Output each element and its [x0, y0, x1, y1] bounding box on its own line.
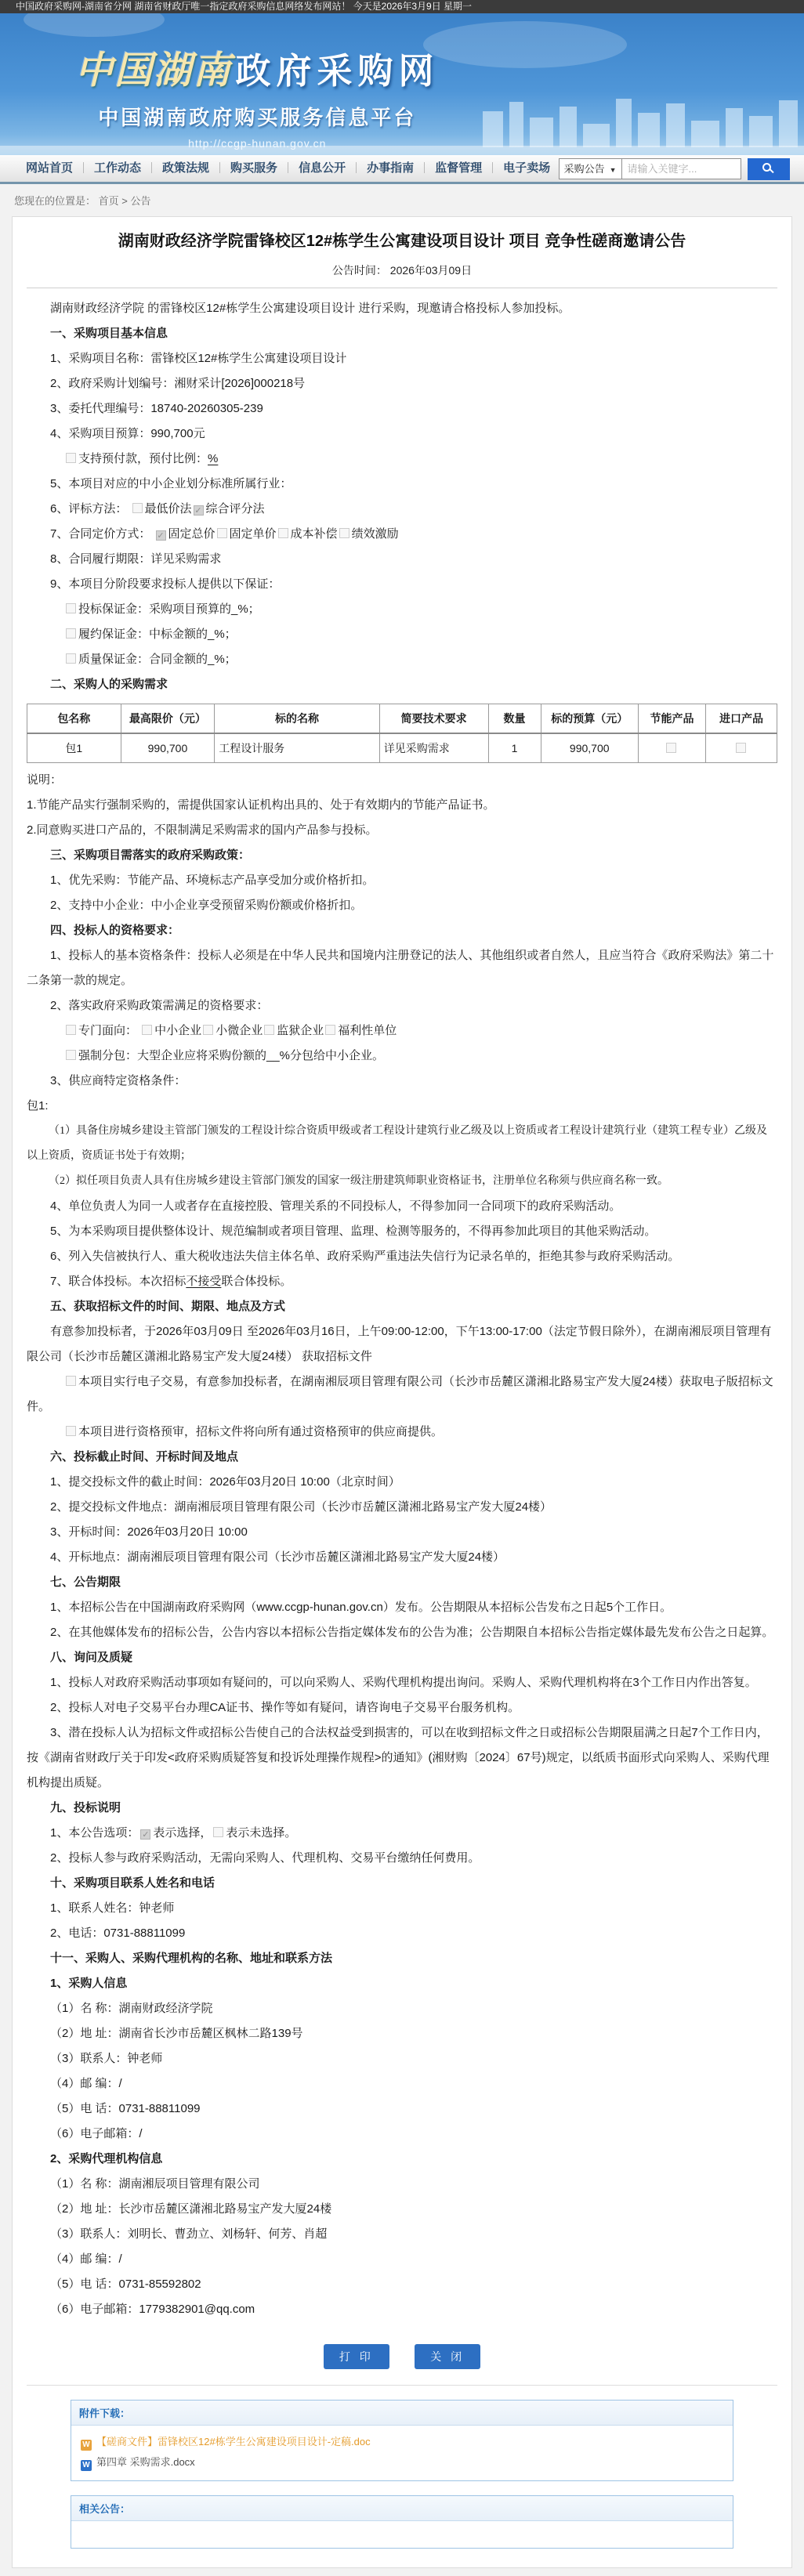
breadcrumb-current[interactable]: 公告	[131, 195, 151, 207]
table-header-cell: 数量	[488, 704, 541, 734]
paragraph: 2、在其他媒体发布的招标公告，公告内容以本招标公告指定媒体发布的公告为准；公告期…	[27, 1620, 777, 1645]
action-bar: 打 印 关 闭	[27, 2344, 777, 2386]
nav-item[interactable]: 办事指南	[357, 155, 424, 182]
paragraph: 3、委托代理编号：18740-20260305-239	[27, 396, 777, 421]
nav-item[interactable]: 监督管理	[425, 155, 492, 182]
section-heading: 十一、采购人、采购代理机构的名称、地址和联系方法	[27, 1946, 777, 1971]
section-heading: 2、采购代理机构信息	[27, 2147, 777, 2172]
section-heading: 1、采购人信息	[27, 1971, 777, 1996]
breadcrumb-home-link[interactable]: 首页	[99, 195, 119, 207]
table-header-cell: 简要技术要求	[379, 704, 488, 734]
building-shape	[638, 113, 660, 147]
publish-date: 公告时间： 2026年03月09日	[27, 262, 777, 288]
magnifier-icon	[762, 163, 771, 172]
paragraph: 4、单位负责人为同一人或者存在直接控股、管理关系的不同投标人，不得参加同一合同项…	[27, 1194, 777, 1219]
paragraph: （4）邮 编：/	[27, 2247, 777, 2272]
paragraph: 2.同意购买进口产品的，不限制满足采购需求的国内产品参与投标。	[27, 818, 777, 843]
site-logo: 中国湖南 政府采购网 中国湖南政府购买服务信息平台 http://ccgp-hu…	[75, 40, 439, 150]
topbar-text: 中国政府采购网-湖南省分网 湖南省财政厅唯一指定政府采购信息网络发布网站！ 今天…	[16, 1, 472, 12]
table-header-cell: 标的预算（元）	[541, 704, 638, 734]
section-heading: 八、询问及质疑	[27, 1645, 777, 1670]
paragraph: 2、投标人参与政府采购活动，无需向采购人、代理机构、交易平台缴纳任何费用。	[27, 1846, 777, 1871]
checkbox-unchecked	[132, 503, 143, 513]
word-doc-icon: W	[81, 2440, 92, 2451]
print-button[interactable]: 打 印	[324, 2344, 389, 2369]
checkbox-checked: ✓	[140, 1829, 150, 1840]
section-heading: 七、公告期限	[27, 1570, 777, 1595]
paragraph: 4、采购项目预算：990,700元	[27, 421, 777, 447]
paragraph: （3）联系人：刘明长、曹劲立、刘杨轩、何芳、肖超	[27, 2222, 777, 2247]
building-shape	[666, 103, 685, 147]
search-category-select[interactable]: 采购公告▼	[559, 158, 622, 179]
paragraph: 8、合同履行期限：详见采购需求	[27, 547, 777, 572]
breadcrumb-prefix: 您现在的位置是：	[14, 195, 96, 207]
paragraph: 3、开标时间：2026年03月20日 10:00	[27, 1520, 777, 1545]
section-heading: 九、投标说明	[27, 1796, 777, 1821]
requirements-table: 包名称最高限价（元）标的名称简要技术要求数量标的预算（元）节能产品进口产品包19…	[27, 704, 777, 763]
checkbox-unchecked	[203, 1025, 213, 1035]
paragraph: 1.节能产品实行强制采购的，需提供国家认证机构出具的、处于有效期内的节能产品证书…	[27, 793, 777, 818]
checkbox-unchecked	[66, 1025, 76, 1035]
paragraph: （6）电子邮箱：1779382901@qq.com	[27, 2297, 777, 2322]
paragraph: 履约保证金：中标金额的_%；	[27, 622, 777, 647]
building-shape	[509, 102, 523, 147]
table-header-cell: 包名称	[27, 704, 121, 734]
page-title: 湖南财政经济学院雷锋校区12#栋学生公寓建设项目设计 项目 竞争性磋商邀请公告	[27, 230, 777, 253]
paragraph: 1、本公告选项：✓表示选择，表示未选择。	[27, 1821, 777, 1846]
nav-item[interactable]: 工作动态	[84, 155, 151, 182]
paragraph: （1）具备住房城乡建设主管部门颁发的工程设计综合资质甲级或者工程设计建筑行业乙级…	[27, 1119, 777, 1169]
checkbox-unchecked	[142, 1025, 152, 1035]
breadcrumb: 您现在的位置是： 首页 > 公告	[0, 184, 804, 213]
table-header-cell: 进口产品	[706, 704, 777, 734]
chevron-down-icon: ▼	[610, 166, 617, 174]
attachment-list: W【磋商文件】雷锋校区12#栋学生公寓建设项目设计-定稿.docW第四章 采购需…	[71, 2426, 733, 2480]
building-shape	[726, 108, 743, 147]
paragraph: 7、联合体投标。本次招标不接受联合体投标。	[27, 1269, 777, 1294]
word-doc-icon: W	[81, 2460, 92, 2471]
paragraph: 2、落实政府采购政策需满足的资格要求：	[27, 993, 777, 1018]
checkbox-unchecked	[66, 628, 76, 639]
paragraph: 5、为本采购项目提供整体设计、规范编制或者项目管理、监理、检测等服务的，不得再参…	[27, 1219, 777, 1244]
cloud-decoration	[423, 21, 627, 68]
breadcrumb-separator: >	[121, 195, 128, 207]
checkbox-unchecked	[213, 1827, 223, 1837]
paragraph: （5）电 话：0731-88811099	[27, 2097, 777, 2122]
paragraph: 1、提交投标文件的截止时间：2026年03月20日 10:00（北京时间）	[27, 1470, 777, 1495]
checkbox-unchecked	[264, 1025, 274, 1035]
building-shape	[616, 99, 632, 147]
paragraph: 有意参加投标者，于2026年03月09日 至2026年03月16日，上午09:0…	[27, 1319, 777, 1369]
attachment-row: W【磋商文件】雷锋校区12#栋学生公寓建设项目设计-定稿.doc	[81, 2432, 723, 2452]
banner-url: http://ccgp-hunan.gov.cn	[75, 137, 439, 150]
table-cell: 990,700	[121, 733, 215, 763]
paragraph: 5、本项目对应的中小企业划分标准所属行业：	[27, 472, 777, 497]
attachments-box: 附件下载： W【磋商文件】雷锋校区12#栋学生公寓建设项目设计-定稿.docW第…	[71, 2400, 733, 2481]
nav-item[interactable]: 信息公开	[288, 155, 356, 182]
banner-subtitle: 中国湖南政府购买服务信息平台	[75, 102, 439, 131]
building-shape	[779, 100, 798, 147]
paragraph: 9、本项目分阶段要求投标人提供以下保证：	[27, 572, 777, 597]
section-heading: 一、采购项目基本信息	[27, 321, 777, 346]
paragraph: 3、供应商特定资格条件：	[27, 1069, 777, 1094]
close-button[interactable]: 关 闭	[415, 2344, 480, 2369]
paragraph: 强制分包：大型企业应将采购份额的__%分包给中小企业。	[27, 1044, 777, 1069]
paragraph: （2）地 址：长沙市岳麓区潇湘北路易宝产发大厦24楼	[27, 2197, 777, 2222]
paragraph: （4）邮 编：/	[27, 2071, 777, 2097]
paragraph: 2、政府采购计划编号：湘财采计[2026]000218号	[27, 371, 777, 396]
paragraph: 6、评标方法： 最低价法✓综合评分法	[27, 497, 777, 522]
building-shape	[583, 124, 610, 147]
attachment-row: W第四章 采购需求.docx	[81, 2452, 723, 2473]
paragraph: （6）电子邮箱：/	[27, 2122, 777, 2147]
paragraph: （1）名 称：湖南财政经济学院	[27, 1996, 777, 2021]
checkbox-unchecked	[66, 1376, 76, 1386]
main-nav: 网站首页工作动态政策法规购买服务信息公开办事指南监督管理电子卖场合同融资 采购公…	[0, 155, 804, 184]
paragraph: 2、提交投标文件地点：湖南湘辰项目管理有限公司（长沙市岳麓区潇湘北路易宝产发大厦…	[27, 1495, 777, 1520]
building-shape	[483, 111, 503, 147]
paragraph: 湖南财政经济学院 的雷锋校区12#栋学生公寓建设项目设计 进行采购，现邀请合格投…	[27, 296, 777, 321]
nav-item[interactable]: 网站首页	[16, 155, 83, 182]
paragraph: 1、优先采购：节能产品、环境标志产品享受加分或价格折扣。	[27, 868, 777, 893]
table-cell	[638, 733, 705, 763]
search-button[interactable]	[748, 158, 790, 180]
paragraph: （2）地 址：湖南省长沙市岳麓区枫林二路139号	[27, 2021, 777, 2046]
section-heading: 四、投标人的资格要求：	[27, 918, 777, 943]
paragraph: 质量保证金：合同金额的_%；	[27, 647, 777, 672]
checkbox-unchecked	[66, 603, 76, 613]
nav-item[interactable]: 购买服务	[220, 155, 288, 182]
table-cell: 工程设计服务	[215, 733, 380, 763]
checkbox-unchecked	[736, 743, 746, 753]
article-body: 湖南财政经济学院 的雷锋校区12#栋学生公寓建设项目设计 进行采购，现邀请合格投…	[27, 296, 777, 2322]
checkbox-unchecked	[666, 743, 676, 753]
announcement-content: 湖南财政经济学院雷锋校区12#栋学生公寓建设项目设计 项目 竞争性磋商邀请公告 …	[12, 216, 792, 2568]
section-heading: 五、获取招标文件的时间、期限、地点及方式	[27, 1294, 777, 1319]
checkbox-unchecked	[66, 453, 76, 463]
paragraph: 包1:	[27, 1094, 777, 1119]
table-header-cell: 节能产品	[638, 704, 705, 734]
paragraph: 专门面向： 中小企业小微企业监狱企业福利性单位	[27, 1018, 777, 1044]
checkbox-unchecked	[66, 1050, 76, 1060]
related-title: 相关公告：	[71, 2496, 733, 2521]
nav-item[interactable]: 电子卖场	[493, 155, 560, 182]
paragraph: 支持预付款，预付比例：%	[27, 447, 777, 472]
checkbox-unchecked	[66, 653, 76, 664]
paragraph: 4、开标地点：湖南湘辰项目管理有限公司（长沙市岳麓区潇湘北路易宝产发大厦24楼）	[27, 1545, 777, 1570]
table-header-cell: 最高限价（元）	[121, 704, 215, 734]
attachment-link[interactable]: 第四章 采购需求.docx	[96, 2456, 195, 2468]
search-group: 采购公告▼	[559, 158, 790, 180]
table-cell: 990,700	[541, 733, 638, 763]
section-heading: 二、采购人的采购需求	[27, 672, 777, 697]
search-category-value: 采购公告	[564, 163, 605, 175]
search-input[interactable]	[622, 158, 741, 179]
paragraph: 2、投标人对电子交易平台办理CA证书、操作等如有疑问，请咨询电子交易平台服务机构…	[27, 1695, 777, 1720]
checkbox-unchecked	[66, 1426, 76, 1436]
paragraph: 本项目实行电子交易，有意参加投标者，在湖南湘辰项目管理有限公司（长沙市岳麓区潇湘…	[27, 1369, 777, 1420]
topbar: 中国政府采购网-湖南省分网 湖南省财政厅唯一指定政府采购信息网络发布网站！ 今天…	[0, 0, 804, 13]
related-announcements-box: 相关公告：	[71, 2495, 733, 2549]
paragraph: （2）拟任项目负责人具有住房城乡建设主管部门颁发的国家一级注册建筑师职业资格证书…	[27, 1169, 777, 1194]
paragraph: （1）名 称：湖南湘辰项目管理有限公司	[27, 2172, 777, 2197]
section-heading: 六、投标截止时间、开标时间及地点	[27, 1445, 777, 1470]
related-list	[71, 2521, 733, 2548]
paragraph: 说明：	[27, 768, 777, 793]
paragraph: 1、投标人对政府采购活动事项如有疑问的，可以向采购人、采购代理机构提出询问。采购…	[27, 1670, 777, 1695]
paragraph: 1、本招标公告在中国湖南政府采购网（www.ccgp-hunan.gov.cn）…	[27, 1595, 777, 1620]
logo-main-text: 政府采购网	[235, 51, 439, 91]
cloud-decoration	[24, 13, 165, 37]
nav-item[interactable]: 政策法规	[152, 155, 219, 182]
building-shape	[691, 121, 719, 147]
table-row: 包1990,700工程设计服务详见采购需求1990,700	[27, 733, 777, 763]
table-cell	[706, 733, 777, 763]
paragraph: 6、列入失信被执行人、重大税收违法失信主体名单、政府采购严重违法失信行为记录名单…	[27, 1244, 777, 1269]
attachments-title: 附件下载：	[71, 2401, 733, 2426]
paragraph: 本项目进行资格预审，招标文件将向所有通过资格预审的供应商提供。	[27, 1420, 777, 1445]
paragraph: 7、合同定价方式： ✓固定总价固定单价成本补偿绩效激励	[27, 522, 777, 547]
paragraph: 1、采购项目名称：雷锋校区12#栋学生公寓建设项目设计	[27, 346, 777, 371]
paragraph: 1、投标人的基本资格条件：投标人必须是在中华人民共和国境内注册登记的法人、其他组…	[27, 943, 777, 993]
checkbox-checked: ✓	[156, 530, 166, 541]
checkbox-checked: ✓	[194, 505, 204, 516]
section-heading: 三、采购项目需落实的政府采购政策：	[27, 843, 777, 868]
table-cell: 详见采购需求	[379, 733, 488, 763]
attachment-link[interactable]: 【磋商文件】雷锋校区12#栋学生公寓建设项目设计-定稿.doc	[96, 2436, 371, 2448]
checkbox-unchecked	[217, 528, 227, 538]
building-shape	[560, 107, 577, 147]
paragraph: 1、联系人姓名：钟老师	[27, 1896, 777, 1921]
table-cell: 1	[488, 733, 541, 763]
site-banner: 中国湖南 政府采购网 中国湖南政府购买服务信息平台 http://ccgp-hu…	[0, 13, 804, 155]
nav-menu: 网站首页工作动态政策法规购买服务信息公开办事指南监督管理电子卖场合同融资	[16, 161, 628, 175]
paragraph: 2、支持中小企业：中小企业享受预留采购份额或价格折扣。	[27, 893, 777, 918]
logo-calligraphy-text: 中国湖南	[75, 50, 232, 92]
table-cell: 包1	[27, 733, 121, 763]
paragraph: （5）电 话：0731-85592802	[27, 2272, 777, 2297]
section-heading: 十、采购项目联系人姓名和电话	[27, 1871, 777, 1896]
paragraph: （3）联系人：钟老师	[27, 2046, 777, 2071]
paragraph: 2、电话：0731-88811099	[27, 1921, 777, 1946]
table-header-cell: 标的名称	[215, 704, 380, 734]
checkbox-unchecked	[339, 528, 349, 538]
paragraph: 3、潜在投标人认为招标文件或招标公告使自己的合法权益受到损害的，可以在收到招标文…	[27, 1720, 777, 1796]
checkbox-unchecked	[278, 528, 288, 538]
building-shape	[530, 118, 553, 147]
checkbox-unchecked	[325, 1025, 335, 1035]
paragraph: 投标保证金：采购项目预算的_%；	[27, 597, 777, 622]
building-shape	[749, 116, 773, 147]
